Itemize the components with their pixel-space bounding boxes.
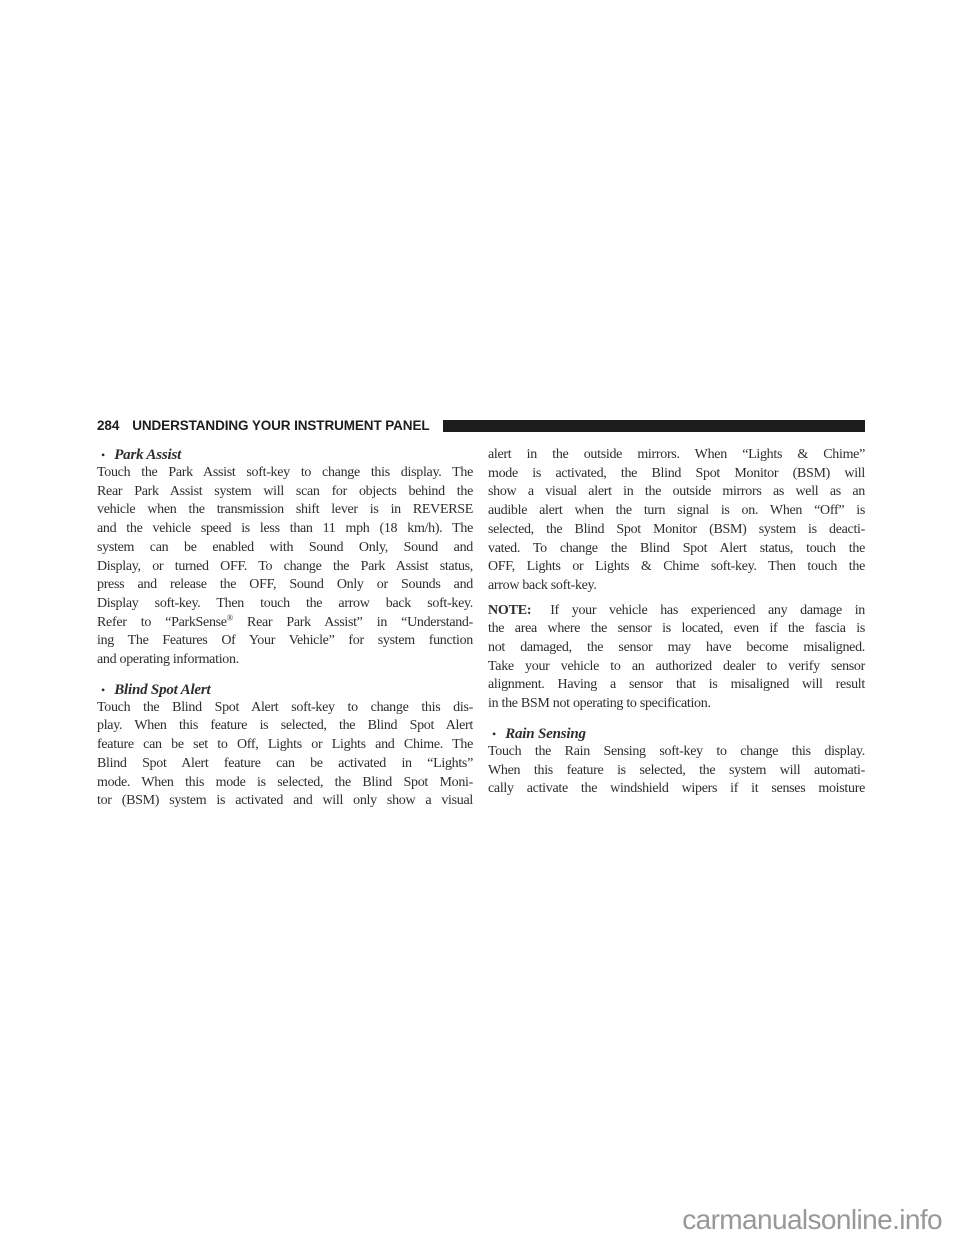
text-line: vehicle when the transmission shift leve… <box>97 501 473 520</box>
text-line: Touch the Rain Sensing soft-key to chang… <box>488 743 865 762</box>
section-heading-rain-sensing: • Rain Sensing <box>488 725 865 743</box>
text-line: ing The Features Of Your Vehicle” for sy… <box>97 632 473 651</box>
rain-sensing-paragraph: Touch the Rain Sensing soft-key to chang… <box>488 743 865 799</box>
text-line: Blind Spot Alert feature can be activate… <box>97 755 473 774</box>
park-assist-paragraph: Touch the Park Assist soft-key to change… <box>97 464 473 670</box>
text-line: mode is activated, the Blind Spot Monito… <box>488 465 865 484</box>
text-line: Display, or turned OFF. To change the Pa… <box>97 558 473 577</box>
text-line: feature can be set to Off, Lights or Lig… <box>97 736 473 755</box>
text-line: Touch the Park Assist soft-key to change… <box>97 464 473 483</box>
text-line: Rear Park Assist system will scan for ob… <box>97 483 473 502</box>
text-line: Take your vehicle to an authorized deale… <box>488 658 865 677</box>
left-column: • Park Assist Touch the Park Assist soft… <box>97 446 473 811</box>
section-heading-text: Blind Spot Alert <box>114 681 210 699</box>
bullet-icon: • <box>492 725 496 743</box>
section-heading-park-assist: • Park Assist <box>97 446 473 464</box>
right-column: alert in the outside mirrors. When “Ligh… <box>488 446 865 799</box>
blind-spot-alert-paragraph: Touch the Blind Spot Alert soft-key to c… <box>97 699 473 811</box>
text-line: the area where the sensor is located, ev… <box>488 620 865 639</box>
text-line: play. When this feature is selected, the… <box>97 717 473 736</box>
section-heading-text: Rain Sensing <box>505 725 586 743</box>
chapter-title: UNDERSTANDING YOUR INSTRUMENT PANEL <box>132 418 429 433</box>
watermark: carmanualsonline.info <box>682 1204 942 1236</box>
text-line: show a visual alert in the outside mirro… <box>488 483 865 502</box>
text-line: in the BSM not operating to specificatio… <box>488 695 865 714</box>
bullet-icon: • <box>101 681 105 699</box>
text-line: and the vehicle speed is less than 11 mp… <box>97 520 473 539</box>
text-line: selected, the Blind Spot Monitor (BSM) s… <box>488 521 865 540</box>
note-lines: the area where the sensor is located, ev… <box>488 620 865 714</box>
continuation-paragraph: alert in the outside mirrors. When “Ligh… <box>488 446 865 596</box>
header-bar <box>443 420 866 432</box>
text-line: alignment. Having a sensor that is misal… <box>488 676 865 695</box>
text-line: cally activate the windshield wipers if … <box>488 780 865 799</box>
text-line: and operating information. <box>97 651 473 670</box>
note-paragraph: NOTE: If your vehicle has experienced an… <box>488 602 865 714</box>
text-line: Display soft-key. Then touch the arrow b… <box>97 595 473 614</box>
text-line: NOTE: If your vehicle has experienced an… <box>488 602 865 621</box>
text-line: not damaged, the sensor may have become … <box>488 639 865 658</box>
text-line: press and release the OFF, Sound Only or… <box>97 576 473 595</box>
text-line: system can be enabled with Sound Only, S… <box>97 539 473 558</box>
text-line: vated. To change the Blind Spot Alert st… <box>488 540 865 559</box>
text-line: mode. When this mode is selected, the Bl… <box>97 774 473 793</box>
text-line: tor (BSM) system is activated and will o… <box>97 792 473 811</box>
section-heading-text: Park Assist <box>114 446 181 464</box>
text-line: arrow back soft-key. <box>488 577 865 596</box>
text-line: audible alert when the turn signal is on… <box>488 502 865 521</box>
page-header: 284 UNDERSTANDING YOUR INSTRUMENT PANEL <box>97 418 865 433</box>
text-line: alert in the outside mirrors. When “Ligh… <box>488 446 865 465</box>
text-line: When this feature is selected, the syste… <box>488 762 865 781</box>
note-first-line-text: If your vehicle has experienced any dama… <box>550 603 865 618</box>
note-label: NOTE: <box>488 603 531 618</box>
text-line: Refer to “ParkSense® Rear Park Assist” i… <box>97 614 473 633</box>
page-number: 284 <box>97 418 119 433</box>
manual-page: 284 UNDERSTANDING YOUR INSTRUMENT PANEL … <box>0 0 960 1242</box>
section-heading-blind-spot-alert: • Blind Spot Alert <box>97 681 473 699</box>
text-line: OFF, Lights or Lights & Chime soft-key. … <box>488 558 865 577</box>
bullet-icon: • <box>101 446 105 464</box>
text-line: Touch the Blind Spot Alert soft-key to c… <box>97 699 473 718</box>
